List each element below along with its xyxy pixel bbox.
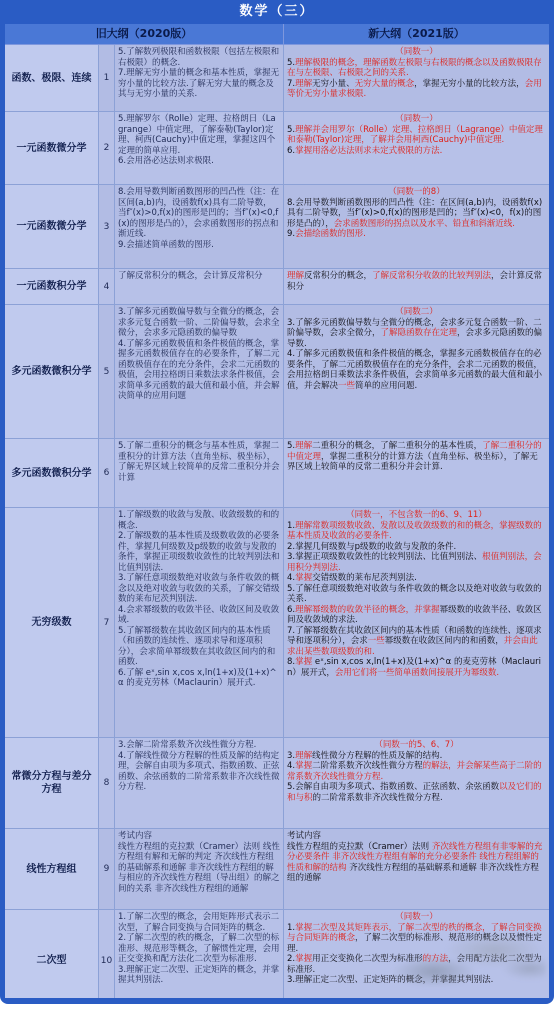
syllabus-text-segment: 简单的应用问题. (355, 381, 417, 391)
syllabus-text-segment: 2. (287, 954, 295, 964)
same-as-note: （同数一） (287, 47, 546, 58)
syllabus-text-segment: 无穷小量、 (312, 79, 355, 89)
same-as-note: （同数一的8） (287, 187, 546, 198)
same-as-note: （同数一） (287, 912, 546, 923)
syllabus-text-segment: 一些 (338, 381, 355, 391)
old-syllabus-cell: 1.了解二次型的概念，会用矩阵形式表示二次型，了解合同变换与合同矩阵的概念. 2… (115, 910, 284, 998)
table-header-row: 旧大纲（2020版） 新大纲（2021版） (5, 24, 549, 45)
table-row: 一元函数微分学38.会用导数判断函数图形的凹凸性（注：在区间(a,b)内，设函数… (5, 185, 549, 269)
table-row: 二次型101.了解二次型的概念，会用矩阵形式表示二次型，了解合同变换与合同矩阵的… (5, 910, 549, 998)
old-syllabus-cell: 3.了解多元函数偏导数与全微分的概念，会求多元复合函数一阶、二阶偏导数，会求全微… (115, 305, 284, 438)
row-number: 7 (99, 508, 115, 737)
syllabus-text-segment: 理解幂级数的收敛半径的概念，并掌握 (295, 605, 440, 615)
column-header-new: 新大纲（2021版） (284, 24, 549, 44)
old-syllabus-cell: 8.会用导数判断函数图形的凹凸性（注：在区间(a,b)内，设函数f(x)具有二阶… (115, 185, 284, 268)
syllabus-text-segment: ，掌握二重积分的计算方法（直角坐标、极坐标），了解无界区域上较简单的反常二重积分… (287, 452, 538, 473)
old-syllabus-cell: 5.了解数列极限和函数极限（包括左极限和右极限）的概念. 7.理解无穷小量的概念… (115, 45, 284, 111)
syllabus-text-segment: 一些 (368, 636, 385, 646)
new-syllabus-cell: （同数一的5、6、7）3.理解线性微分方程解的性质及解的结构. 4.掌握二阶常系… (284, 738, 549, 828)
new-syllabus-cell: （同数一，不包含数一的6、9、11）1.理解常数项级数收敛、发散以及收敛级数的和… (284, 508, 549, 737)
syllabus-text-segment: 理解并会用罗尔（Rolle）定理、拉格朗日（Lagrange）中值定理和泰勒(T… (287, 125, 543, 146)
table-row: 无穷级数71.了解级数的收敛与发散、收敛级数的和的概念. 2.了解级数的基本性质… (5, 508, 549, 738)
syllabus-text-segment: 掌握 (295, 657, 312, 667)
new-syllabus-cell: 5.理解二重积分的概念，了解二重积分的基本性质，了解二重积分的中值定理，掌握二重… (284, 439, 549, 507)
syllabus-text-segment: 了解隐函数存在定理 (381, 328, 458, 338)
row-number: 6 (99, 439, 115, 507)
page: 数学（三） 旧大纲（2020版） 新大纲（2021版） 函数、极限、连续15.了… (0, 0, 554, 1016)
old-syllabus-cell: 5.理解罗尔（Rolle）定理、拉格朗日（Lagrange）中值定理，了解泰勒(… (115, 112, 284, 184)
syllabus-text-segment: 7. (287, 79, 295, 89)
table-row: 一元函数积分学4了解反常积分的概念，会计算反常积分理解反常积分的概念，了解反常积… (5, 269, 549, 305)
topic-cell: 线性方程组 (5, 829, 99, 909)
syllabus-text-segment: 4. (287, 761, 295, 771)
syllabus-text-segment: 6. (287, 605, 295, 615)
syllabus-text-segment: 3. (287, 751, 295, 761)
table-row: 函数、极限、连续15.了解数列极限和函数极限（包括左极限和右极限）的概念. 7.… (5, 45, 549, 112)
syllabus-text-segment: 6. (287, 146, 295, 156)
syllabus-text-segment: 4. (287, 573, 295, 583)
same-as-note: （同数一，不包含数一的6、9、11） (287, 510, 546, 521)
table-row: 常微分方程与差分方程83.会解二阶常系数齐次线性微分方程. 4.了解线性微分方程… (5, 738, 549, 829)
topic-cell: 无穷级数 (5, 508, 99, 737)
topic-cell: 一元函数微分学 (5, 185, 99, 268)
syllabus-text-segment: 的方法 (423, 954, 449, 964)
syllabus-text-segment: 掌握 (295, 761, 312, 771)
new-syllabus-cell: （同数一的8）8.会用导数判断函数图形的凹凸性（注：在区间(a,b)内，设函数f… (284, 185, 549, 268)
syllabus-text-segment: 掌握 (295, 573, 312, 583)
old-syllabus-cell: 考试内容 线性方程组的克拉默（Cramer）法则 线性方程组有解和无解的判定 齐… (115, 829, 284, 909)
syllabus-text-segment: 理解 (287, 271, 304, 281)
row-number: 1 (99, 45, 115, 111)
syllabus-text-segment: 的二阶常系数非齐次线性微分方程. (313, 793, 443, 803)
topic-cell: 一元函数微分学 (5, 112, 99, 184)
syllabus-text-segment: 二阶常系数齐次线性微分方程 (312, 761, 423, 771)
syllabus-text-segment: 幂级数在收敛区间内的和函数， (385, 636, 504, 646)
syllabus-text-segment: 会描绘函数的图形. (295, 229, 366, 239)
topic-cell: 多元函数微积分学 (5, 439, 99, 507)
syllabus-text-segment: 1. (287, 521, 295, 531)
new-syllabus-cell: 考试内容 线性方程组的克拉默（Cramer）法则 齐次线性方程组有非零解的充分必… (284, 829, 549, 909)
syllabus-text-segment: 1. (287, 923, 295, 933)
table-row: 一元函数微分学25.理解罗尔（Rolle）定理、拉格朗日（Lagrange）中值… (5, 112, 549, 185)
old-syllabus-cell: 5.了解二重积分的概念与基本性质，掌握二重积分的计算方法（直角坐标、极坐标），了… (115, 439, 284, 507)
syllabus-text-segment: 理解 (295, 751, 312, 761)
old-syllabus-cell: 1.了解级数的收敛与发散、收敛级数的和的概念. 2.了解级数的基本性质及级数收敛… (115, 508, 284, 737)
syllabus-text-segment: 线性微分方程解的性质及解的结构. (312, 751, 442, 761)
syllabus-text-segment: 5.会解自由项为多项式、指数函数、正弦函数、余弦函数 (287, 782, 499, 792)
topic-cell: 一元函数积分学 (5, 269, 99, 304)
syllabus-text-segment: 理解 (295, 79, 312, 89)
table-row: 线性方程组9考试内容 线性方程组的克拉默（Cramer）法则 线性方程组有解和无… (5, 829, 549, 910)
topic-cell: 常微分方程与差分方程 (5, 738, 99, 828)
same-as-note: （同数一的5、6、7） (287, 740, 546, 751)
new-syllabus-cell: （同数一）1.掌握二次型及其矩阵表示，了解二次型的秩的概念，了解合同变换与合同矩… (284, 910, 549, 998)
same-as-note: （同数一） (287, 114, 546, 125)
syllabus-text-segment: 5. (287, 58, 295, 68)
syllabus-text-segment: 5. (287, 441, 295, 451)
row-number: 9 (99, 829, 115, 909)
syllabus-text-segment: 3.掌握正项级数收敛性的比较判别法、比值判别法、 (287, 552, 482, 562)
same-as-note: （同数二） (287, 307, 546, 318)
syllabus-text-segment: 8. (287, 657, 295, 667)
topic-cell: 函数、极限、连续 (5, 45, 99, 111)
table-title: 数学（三） (0, 0, 554, 24)
syllabus-text-segment: 会用它们将一些简单函数间接展开为幂级数. (335, 668, 499, 678)
column-header-old: 旧大纲（2020版） (5, 24, 284, 44)
new-syllabus-cell: 理解反常积分的概念，了解反常积分收敛的比较判别法，会计算反常积分 (284, 269, 549, 304)
table-body: 函数、极限、连续15.了解数列极限和函数极限（包括左极限和右极限）的概念. 7.… (5, 45, 549, 998)
table-row: 多元函数微积分学65.了解二重积分的概念与基本性质，掌握二重积分的计算方法（直角… (5, 439, 549, 508)
syllabus-text-segment: 5.了解任意项级数绝对收敛与条件收敛的概念以及绝对收敛与收敛的关系. (287, 584, 542, 605)
syllabus-text-segment: 掌握用洛必达法则求未定式极限的方法. (295, 146, 442, 156)
syllabus-text-segment: 5. (287, 125, 295, 135)
row-number: 3 (99, 185, 115, 268)
syllabus-text-segment: ，掌握无穷小量的比较方法， (414, 79, 525, 89)
topic-cell: 多元函数微积分学 (5, 305, 99, 438)
syllabus-text-segment: 交错级数的莱布尼茨判别法. (312, 573, 417, 583)
syllabus-text-segment: 9. (287, 229, 295, 239)
row-number: 5 (99, 305, 115, 438)
syllabus-text-segment: 理解常数项级数收敛、发散以及收敛级数的和的概念，掌握级数的基本性质及收敛的必要条… (287, 521, 542, 542)
table-row: 多元函数微积分学53.了解多元函数偏导数与全微分的概念，会求多元复合函数一阶、二… (5, 305, 549, 439)
row-number: 10 (99, 910, 115, 998)
syllabus-text-segment: 考试内容 线性方程组的克拉默（Cramer）法则 (287, 831, 432, 852)
new-syllabus-cell: （同数一）5.理解并会用罗尔（Rolle）定理、拉格朗日（Lagrange）中值… (284, 112, 549, 184)
table-inner: 旧大纲（2020版） 新大纲（2021版） 函数、极限、连续15.了解数列极限和… (5, 24, 549, 998)
new-syllabus-cell: （同数二）3.了解多元函数偏导数与全微分的概念，会求多元复合函数一阶、二阶偏导数… (284, 305, 549, 438)
row-number: 8 (99, 738, 115, 828)
syllabus-text-segment: 理解 (295, 441, 312, 451)
syllabus-text-segment: 了解反常积分收敛的比较判别法 (372, 271, 491, 281)
syllabus-text-segment: 2.掌握几何级数与p级数的收敛与发散的条件. (287, 542, 456, 552)
syllabus-text-segment: 用正交变换化二次型为标准形 (312, 954, 423, 964)
topic-cell: 二次型 (5, 910, 99, 998)
old-syllabus-cell: 3.会解二阶常系数齐次线性微分方程. 4.了解线性微分方程解的性质及解的结构定理… (115, 738, 284, 828)
syllabus-text-segment: 会求函数图形的拐点以及水平、铅直和斜渐近线. (334, 219, 515, 229)
syllabus-text-segment: 二重积分的概念，了解二重积分的基本性质， (312, 441, 482, 451)
new-syllabus-cell: （同数一）5.理解极限的概念，理解函数左极限与右极限的概念以及函数极限存在与左极… (284, 45, 549, 111)
syllabus-text-segment: 理解极限的概念，理解函数左极限与右极限的概念以及函数极限存在与左极限、右极限之间… (287, 58, 542, 79)
row-number: 2 (99, 112, 115, 184)
old-syllabus-cell: 了解反常积分的概念，会计算反常积分 (115, 269, 284, 304)
syllabus-text-segment: 无穷大量的概念 (355, 79, 415, 89)
syllabus-text-segment: 掌握 (295, 954, 312, 964)
row-number: 4 (99, 269, 115, 304)
syllabus-table: 数学（三） 旧大纲（2020版） 新大纲（2021版） 函数、极限、连续15.了… (0, 0, 554, 1004)
syllabus-text-segment: 反常积分的概念， (304, 271, 372, 281)
syllabus-text-segment: 3.理解正定二次型、正定矩阵的概念，并掌握其判别法. (287, 975, 493, 985)
